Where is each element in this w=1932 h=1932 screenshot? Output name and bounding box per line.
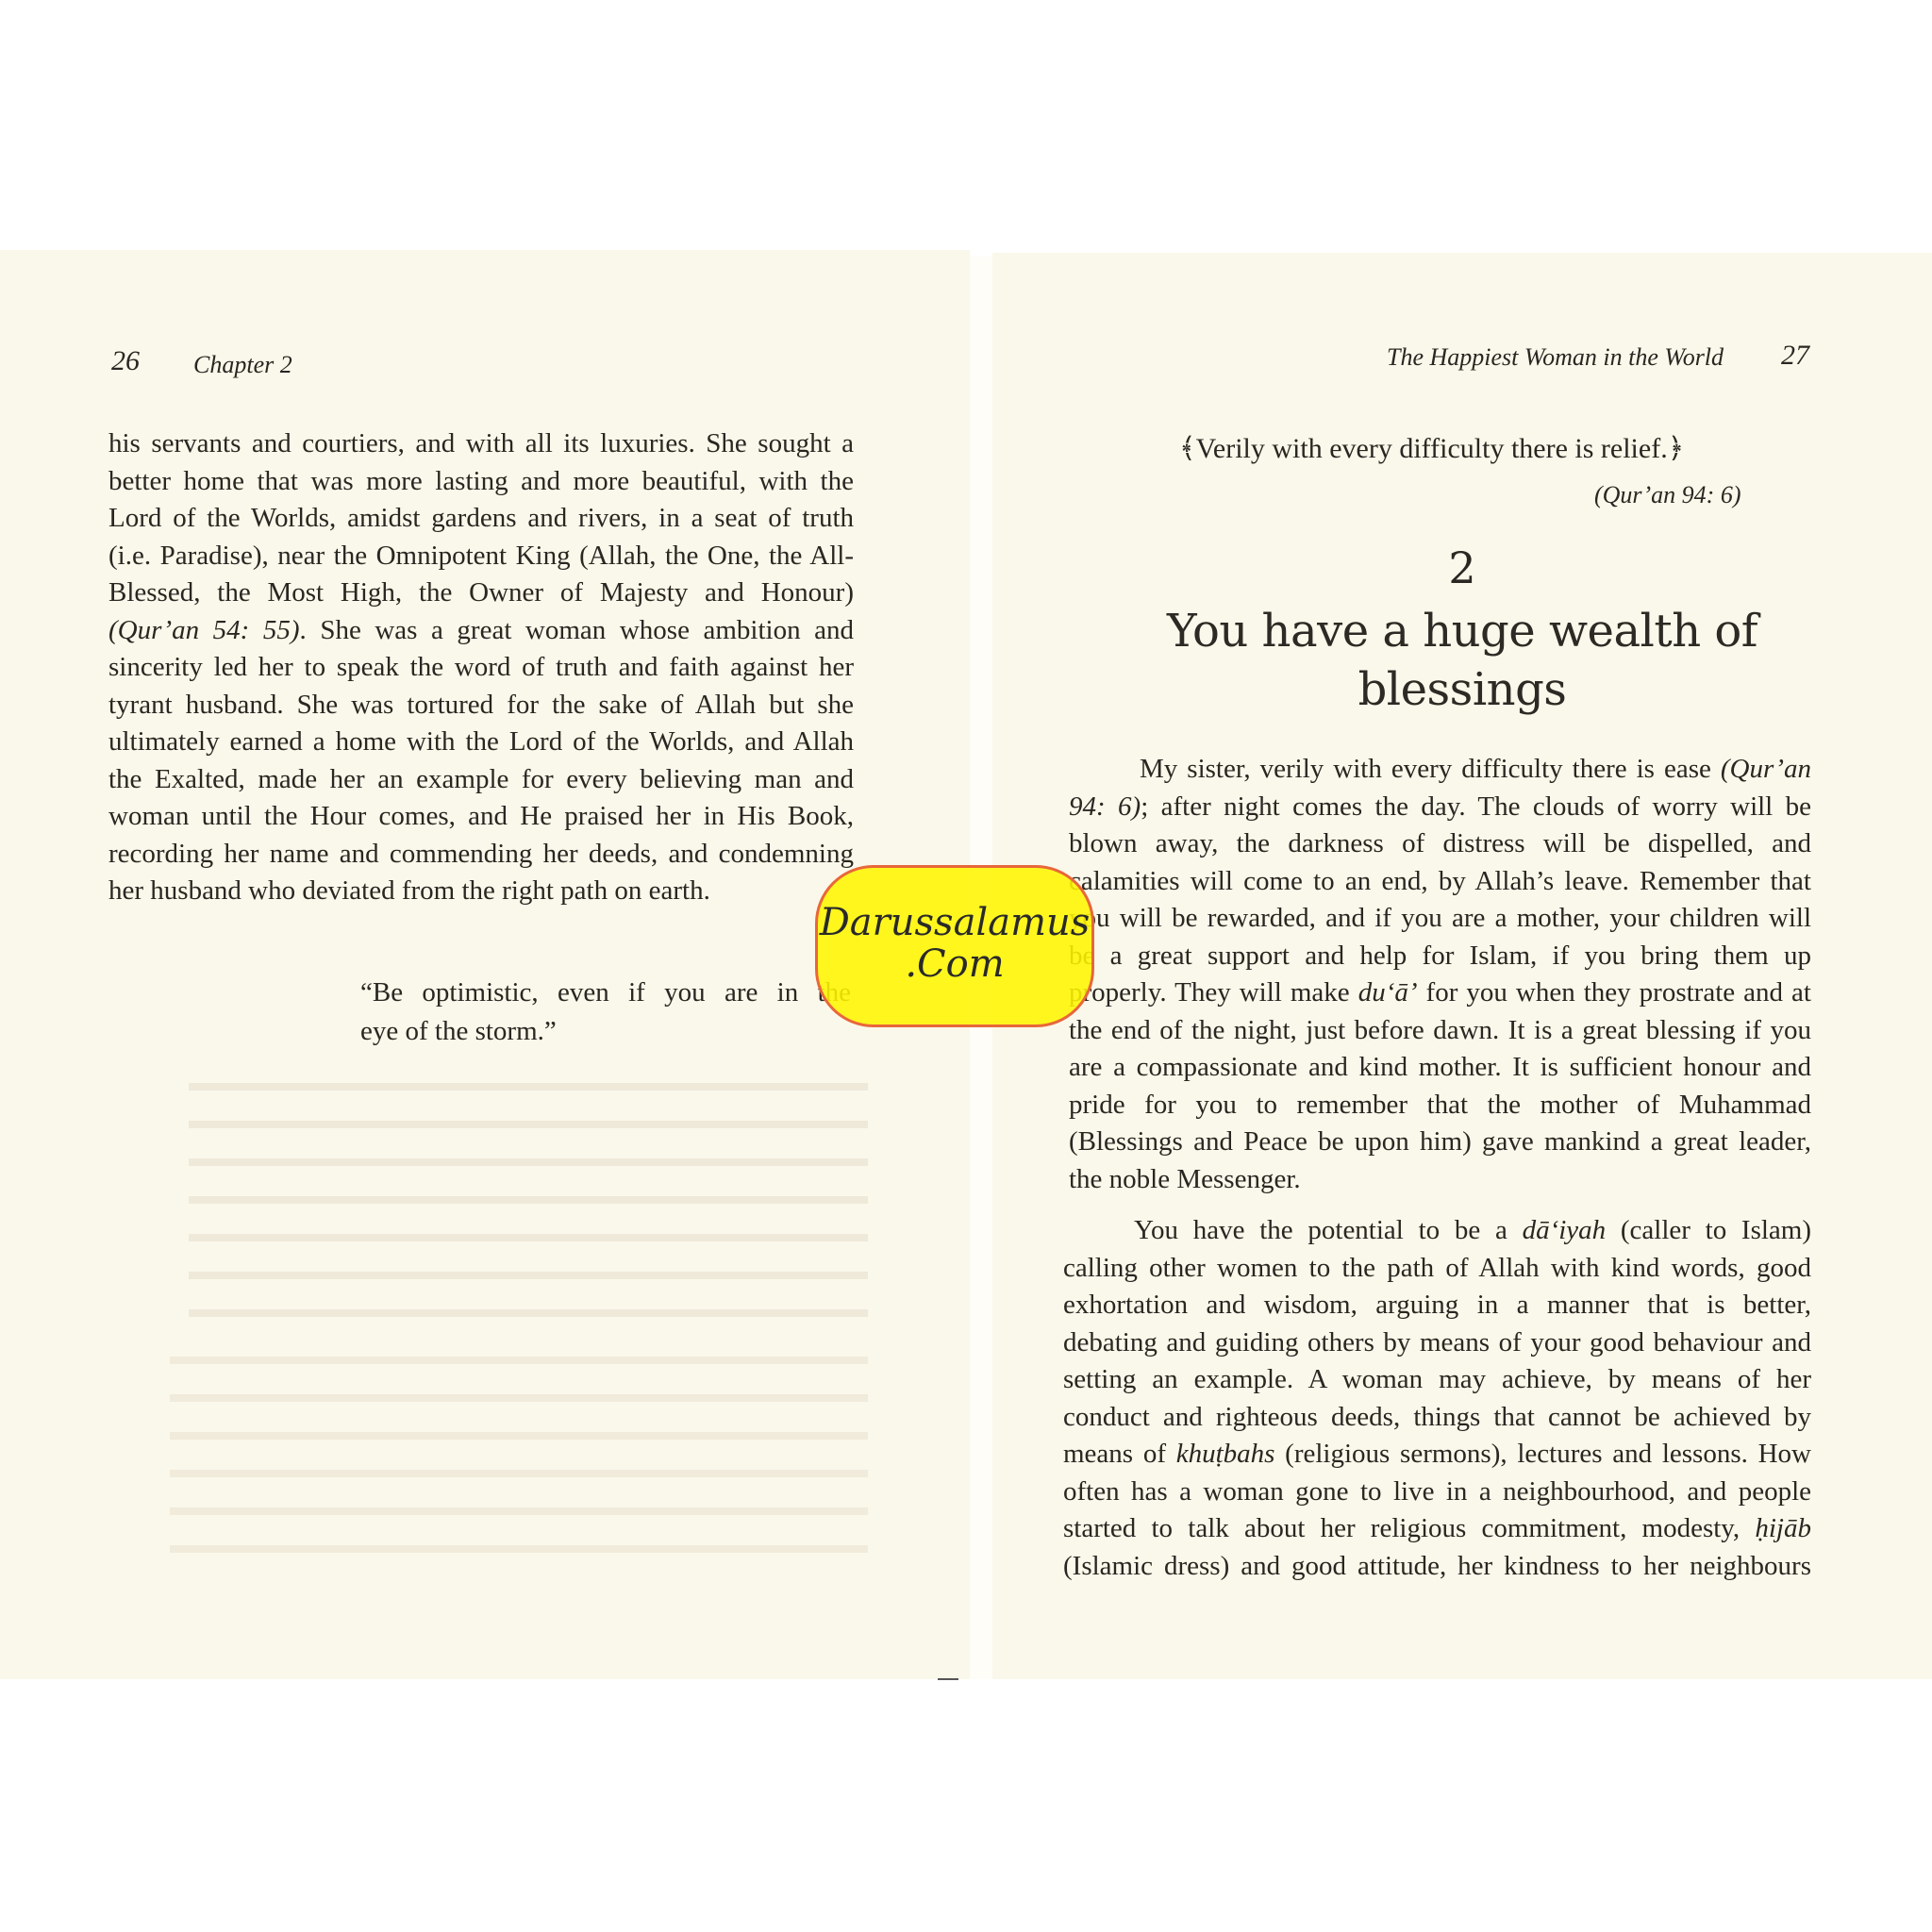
quran-verse: ﴾Verily with every difficulty there is r… — [1179, 432, 1684, 465]
text-line: his servants and courtiers, and with all… — [108, 425, 854, 463]
running-head-left: Chapter 2 — [193, 351, 292, 379]
verse-reference: (Qur’an 94: 6) — [1594, 481, 1741, 509]
page-number-right: 27 — [1781, 340, 1809, 372]
text-line: You have the potential to be a dā‘iyah (… — [1063, 1212, 1811, 1250]
text-line: properly. They will make du‘ā’ for you w… — [1069, 974, 1811, 1012]
page-edge-mark — [938, 1678, 958, 1680]
text-line: better home that was more lasting and mo… — [108, 463, 854, 501]
text-line: conduct and righteous deeds, things that… — [1063, 1399, 1811, 1437]
text-line: setting an example. A woman may achieve,… — [1063, 1361, 1811, 1399]
pull-quote: “Be optimistic, even if you are in theey… — [360, 974, 851, 1051]
watermark-line-1: Darussalamus — [818, 902, 1091, 943]
watermark-line-2: .Com — [818, 943, 1091, 985]
text-line: the noble Messenger. — [1069, 1161, 1811, 1199]
text-line: (Qur’an 54: 55). She was a great woman w… — [108, 612, 854, 650]
text-line: blown away, the darkness of distress wil… — [1069, 825, 1811, 863]
text-line: you will be rewarded, and if you are a m… — [1069, 900, 1811, 938]
text-line: Blessed, the Most High, the Owner of Maj… — [108, 575, 854, 612]
text-line: often has a woman gone to live in a neig… — [1063, 1474, 1811, 1511]
text-line: be a great support and help for Islam, i… — [1069, 938, 1811, 975]
text-line: ultimately earned a home with the Lord o… — [108, 724, 854, 761]
text-line: are a compassionate and kind mother. It … — [1069, 1049, 1811, 1087]
text-line: sincerity led her to speak the word of t… — [108, 649, 854, 687]
paragraph-2: You have the potential to be a dā‘iyah (… — [1063, 1212, 1811, 1585]
chapter-title-line: You have a huge wealth of — [992, 602, 1932, 660]
text-line: her husband who deviated from the right … — [108, 873, 854, 910]
text-line: means of khuṭbahs (religious sermons), l… — [1063, 1436, 1811, 1474]
chapter-title-line: blessings — [992, 660, 1932, 719]
pull-quote-line: eye of the storm.” — [360, 1012, 851, 1051]
text-line: My sister, verily with every difficulty … — [1069, 751, 1811, 789]
text-line: recording her name and commending her de… — [108, 836, 854, 874]
text-line: the end of the night, just before dawn. … — [1069, 1012, 1811, 1050]
text-line: pride for you to remember that the mothe… — [1069, 1087, 1811, 1124]
page-number-left: 26 — [111, 345, 140, 377]
text-line: (i.e. Paradise), near the Omnipotent Kin… — [108, 538, 854, 575]
text-line: debating and guiding others by means of … — [1063, 1324, 1811, 1362]
text-line: 94: 6); after night comes the day. The c… — [1069, 789, 1811, 826]
text-line: woman until the Hour comes, and He prais… — [108, 798, 854, 836]
text-line: Lord of the Worlds, amidst gardens and r… — [108, 500, 854, 538]
chapter-title: You have a huge wealth ofblessings — [992, 602, 1932, 719]
text-line: started to talk about her religious comm… — [1063, 1510, 1811, 1548]
text-line: calamities will come to an end, by Allah… — [1069, 863, 1811, 901]
running-head-right: The Happiest Woman in the World — [1387, 343, 1724, 372]
text-line: calling other women to the path of Allah… — [1063, 1250, 1811, 1288]
text-line: (Islamic dress) and good attitude, her k… — [1063, 1548, 1811, 1586]
paragraph-1: My sister, verily with every difficulty … — [1069, 751, 1811, 1198]
text-line: tyrant husband. She was tortured for the… — [108, 687, 854, 724]
text-line: the Exalted, made her an example for eve… — [108, 761, 854, 799]
watermark-badge: Darussalamus .Com — [815, 865, 1094, 1027]
text-line: (Blessings and Peace be upon him) gave m… — [1069, 1124, 1811, 1161]
text-line: exhortation and wisdom, arguing in a man… — [1063, 1287, 1811, 1324]
pull-quote-line: “Be optimistic, even if you are in the — [360, 974, 851, 1012]
chapter-number: 2 — [992, 542, 1932, 593]
left-body-text: his servants and courtiers, and with all… — [108, 425, 854, 910]
